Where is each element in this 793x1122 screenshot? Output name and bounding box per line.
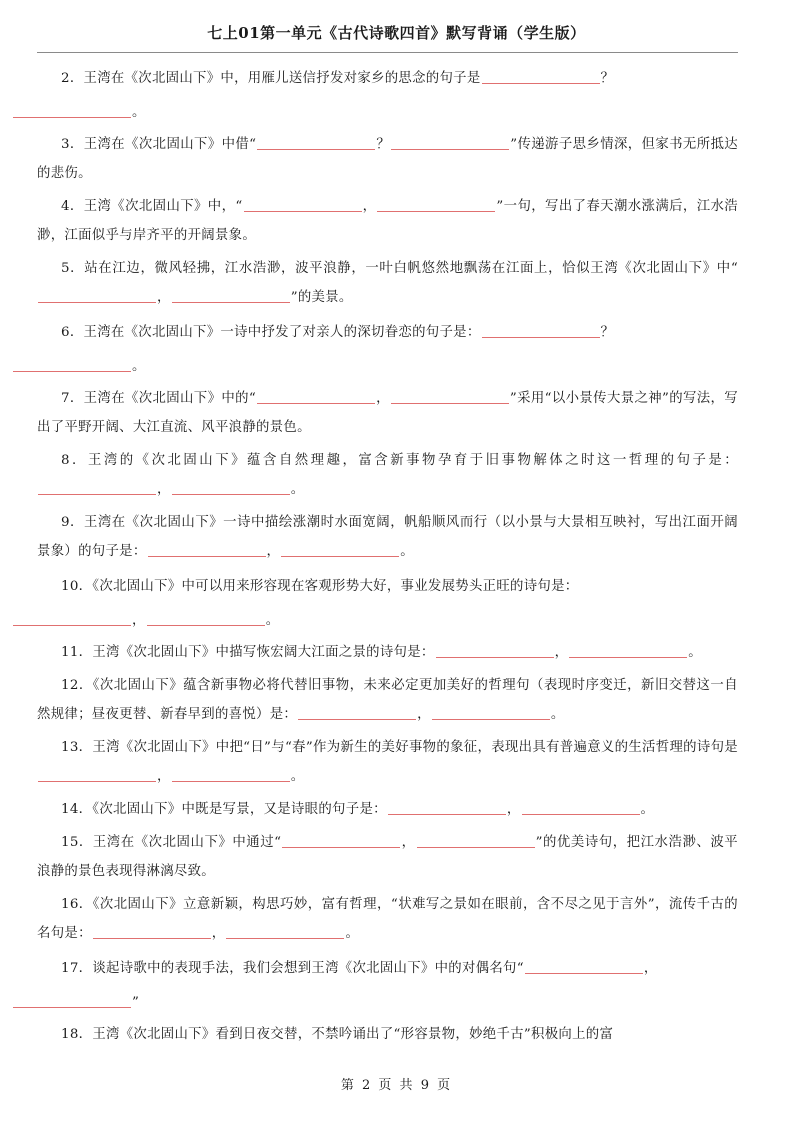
question-text: 17．谈起诗歌中的表现手法，我们会想到王湾《次北固山下》中的对偶名句“ bbox=[61, 961, 524, 976]
answer-blank[interactable] bbox=[148, 542, 266, 557]
answer-blank[interactable] bbox=[13, 611, 131, 626]
punct: 。 bbox=[641, 802, 655, 817]
question-14: 14．《次北固山下》中既是写景，又是诗眼的句子是：，。 bbox=[37, 795, 738, 824]
question-text: 13．王湾《次北固山下》中把“日”与“春”作为新生的美好事物的象征，表现出具有普… bbox=[61, 740, 738, 755]
punct: 。 bbox=[266, 613, 280, 628]
answer-blank[interactable] bbox=[38, 767, 156, 782]
question-text: 4．王湾《次北固山下》中，“ bbox=[61, 199, 243, 214]
punct: 。 bbox=[551, 707, 565, 722]
question-text: 3．王湾在《次北固山下》中借“ bbox=[61, 137, 256, 152]
question-4: 4．王湾《次北固山下》中，“，”一句，写出了春天潮水涨满后，江水浩渺，江面似乎与… bbox=[37, 192, 738, 250]
punct: ？ bbox=[601, 325, 615, 340]
punct: ， bbox=[157, 482, 171, 497]
answer-blank[interactable] bbox=[432, 705, 550, 720]
answer-blank[interactable] bbox=[147, 611, 265, 626]
question-2: 2．王湾在《次北固山下》中，用雁儿送信抒发对家乡的思念的句子是？。 bbox=[37, 62, 738, 130]
punct: ， bbox=[507, 802, 521, 817]
punct: 。 bbox=[291, 482, 305, 497]
punct: ？ bbox=[601, 71, 615, 86]
answer-blank[interactable] bbox=[391, 135, 509, 150]
answer-blank[interactable] bbox=[38, 480, 156, 495]
question-text: ”的美景。 bbox=[291, 290, 353, 305]
question-text: 7．王湾在《次北固山下》中的“ bbox=[61, 391, 256, 406]
question-5: 5．站在江边，微风轻拂，江水浩渺，波平浪静，一叶白帆悠然地飘荡在江面上，恰似王湾… bbox=[37, 254, 738, 312]
question-text: 11．王湾《次北固山下》中描写恢宏阔大江面之景的诗句是： bbox=[61, 645, 435, 660]
answer-blank[interactable] bbox=[522, 800, 640, 815]
question-text: 5．站在江边，微风轻拂，江水浩渺，波平浪静，一叶白帆悠然地飘荡在江面上，恰似王湾… bbox=[61, 261, 738, 276]
punct: ， bbox=[401, 835, 415, 850]
answer-blank[interactable] bbox=[13, 103, 131, 118]
answer-blank[interactable] bbox=[525, 959, 643, 974]
answer-blank[interactable] bbox=[377, 197, 495, 212]
question-9: 9．王湾在《次北固山下》一诗中描绘涨潮时水面宽阔，帆船顺风而行（以小景与大景相互… bbox=[37, 508, 738, 566]
punct: 。 bbox=[132, 359, 146, 374]
punct: 。 bbox=[688, 645, 702, 660]
question-text: 15．王湾在《次北固山下》中通过“ bbox=[61, 835, 281, 850]
answer-blank[interactable] bbox=[172, 288, 290, 303]
punct: ， bbox=[417, 707, 431, 722]
punct: ， bbox=[157, 290, 171, 305]
answer-blank[interactable] bbox=[13, 993, 131, 1008]
question-6: 6．王湾在《次北固山下》一诗中抒发了对亲人的深切眷恋的句子是：？。 bbox=[37, 316, 738, 384]
answer-blank[interactable] bbox=[417, 833, 535, 848]
punct: ， bbox=[644, 961, 658, 976]
question-17: 17．谈起诗歌中的表现手法，我们会想到王湾《次北固山下》中的对偶名句“，” bbox=[37, 952, 738, 1020]
punct: ， bbox=[132, 613, 146, 628]
answer-blank[interactable] bbox=[436, 643, 554, 658]
answer-blank[interactable] bbox=[172, 480, 290, 495]
punct: ， bbox=[376, 391, 390, 406]
punct: 。 bbox=[132, 105, 146, 120]
answer-blank[interactable] bbox=[226, 924, 344, 939]
answer-blank[interactable] bbox=[257, 135, 375, 150]
punct: ， bbox=[157, 769, 171, 784]
question-list: 2．王湾在《次北固山下》中，用雁儿送信抒发对家乡的思念的句子是？。 3．王湾在《… bbox=[37, 62, 738, 1053]
punct: ， bbox=[212, 926, 226, 941]
answer-blank[interactable] bbox=[391, 389, 509, 404]
answer-blank[interactable] bbox=[13, 357, 131, 372]
punct: ， bbox=[267, 544, 281, 559]
question-15: 15．王湾在《次北固山下》中通过“，”的优美诗句，把江水浩渺、波平浪静的景色表现… bbox=[37, 828, 738, 886]
header-divider bbox=[37, 52, 738, 53]
answer-blank[interactable] bbox=[257, 389, 375, 404]
answer-blank[interactable] bbox=[281, 542, 399, 557]
punct: ？ bbox=[376, 137, 390, 152]
page-title: 七上01第一单元《古代诗歌四首》默写背诵（学生版） bbox=[0, 22, 793, 43]
punct: ， bbox=[363, 199, 377, 214]
punct: 。 bbox=[345, 926, 359, 941]
punct: ” bbox=[132, 995, 139, 1010]
answer-blank[interactable] bbox=[244, 197, 362, 212]
answer-blank[interactable] bbox=[482, 69, 600, 84]
question-18: 18．王湾《次北固山下》看到日夜交替，不禁吟诵出了“形容景物，妙绝千古”积极向上… bbox=[37, 1020, 738, 1049]
question-text: 6．王湾在《次北固山下》一诗中抒发了对亲人的深切眷恋的句子是： bbox=[61, 325, 481, 340]
question-text: 14．《次北固山下》中既是写景，又是诗眼的句子是： bbox=[61, 802, 387, 817]
question-12: 12．《次北固山下》蕴含新事物必将代替旧事物，未来必定更加美好的哲理句（表现时序… bbox=[37, 671, 738, 729]
question-text: 8．王湾的《次北固山下》蕴含自然理趣，富含新事物孕育于旧事物解体之时这一哲理的句… bbox=[61, 453, 738, 468]
answer-blank[interactable] bbox=[388, 800, 506, 815]
punct: ， bbox=[555, 645, 569, 660]
answer-blank[interactable] bbox=[93, 924, 211, 939]
question-13: 13．王湾《次北固山下》中把“日”与“春”作为新生的美好事物的象征，表现出具有普… bbox=[37, 733, 738, 791]
answer-blank[interactable] bbox=[482, 323, 600, 338]
question-text: 10．《次北固山下》中可以用来形容现在客观形势大好，事业发展势头正旺的诗句是： bbox=[61, 579, 579, 594]
answer-blank[interactable] bbox=[282, 833, 400, 848]
question-3: 3．王湾在《次北固山下》中借“？”传递游子思乡情深，但家书无所抵达的悲伤。 bbox=[37, 130, 738, 188]
answer-blank[interactable] bbox=[298, 705, 416, 720]
question-10: 10．《次北固山下》中可以用来形容现在客观形势大好，事业发展势头正旺的诗句是：，… bbox=[37, 570, 738, 638]
page-number: 第 2 页 共 9 页 bbox=[0, 1074, 793, 1093]
answer-blank[interactable] bbox=[38, 288, 156, 303]
question-text: 2．王湾在《次北固山下》中，用雁儿送信抒发对家乡的思念的句子是 bbox=[61, 71, 481, 86]
punct: 。 bbox=[400, 544, 414, 559]
question-16: 16．《次北固山下》立意新颖，构思巧妙，富有哲理，“状难写之景如在眼前，含不尽之… bbox=[37, 890, 738, 948]
answer-blank[interactable] bbox=[569, 643, 687, 658]
answer-blank[interactable] bbox=[172, 767, 290, 782]
punct: 。 bbox=[291, 769, 305, 784]
question-8: 8．王湾的《次北固山下》蕴含自然理趣，富含新事物孕育于旧事物解体之时这一哲理的句… bbox=[37, 446, 738, 504]
question-11: 11．王湾《次北固山下》中描写恢宏阔大江面之景的诗句是：，。 bbox=[37, 638, 738, 667]
question-7: 7．王湾在《次北固山下》中的“，”采用“以小景传大景之神”的写法，写出了平野开阔… bbox=[37, 384, 738, 442]
question-text: 18．王湾《次北固山下》看到日夜交替，不禁吟诵出了“形容景物，妙绝千古”积极向上… bbox=[61, 1027, 613, 1042]
